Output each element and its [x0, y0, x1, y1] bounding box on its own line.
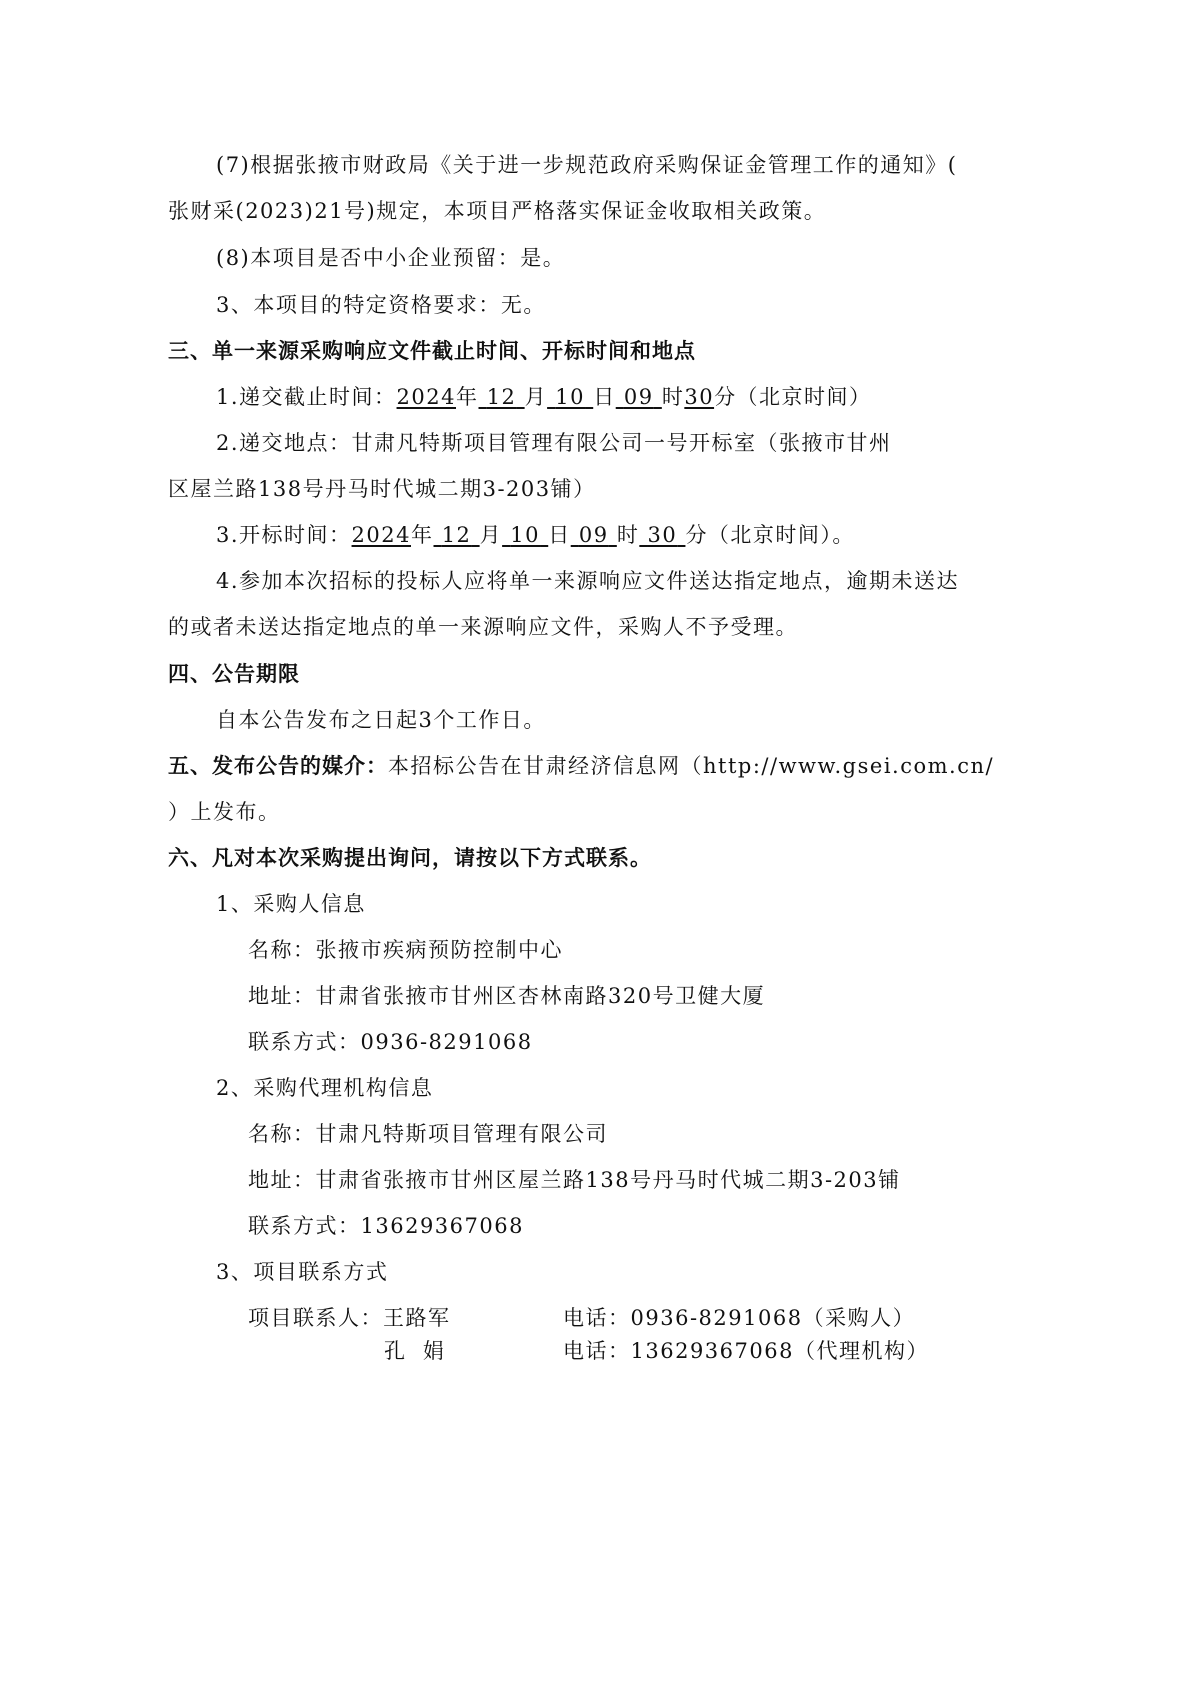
- project-title: 3、项目联系方式: [216, 1257, 388, 1287]
- opening-day: 10: [502, 523, 548, 547]
- purchaser-title: 1、采购人信息: [216, 889, 366, 919]
- purchaser-name: 名称：张掖市疾病预防控制中心: [248, 935, 563, 965]
- opening-hour: 09: [571, 523, 617, 547]
- purchaser-address: 地址：甘肃省张掖市甘州区杏林南路320号卫健大厦: [248, 981, 765, 1011]
- deadline-minute: 30: [684, 385, 714, 409]
- section5-text: 本招标公告在甘肃经济信息网（http://www.gsei.com.cn/: [388, 754, 994, 778]
- project-contact1-phone: 电话：0936-8291068（采购人）: [563, 1303, 915, 1333]
- project-contact1-label: 项目联系人：王路军: [248, 1303, 451, 1333]
- agency-address: 地址：甘肃省张掖市甘州区屋兰路138号丹马时代城二期3-203铺: [248, 1165, 901, 1195]
- note-line1: 4.参加本次招标的投标人应将单一来源响应文件送达指定地点，逾期未送达: [216, 566, 959, 596]
- deadline-line: 1.递交截止时间：2024年 12 月 10 日 09 时30分（北京时间）: [216, 382, 872, 412]
- deadline-prefix: 1.递交截止时间：: [216, 385, 397, 409]
- agency-name: 名称：甘肃凡特斯项目管理有限公司: [248, 1119, 608, 1149]
- section5-heading: 五、发布公告的媒介：: [168, 754, 388, 778]
- section5-text-line2: ）上发布。: [168, 797, 281, 827]
- year-unit: 年: [456, 385, 479, 409]
- day-unit: 日: [593, 385, 616, 409]
- minute-unit: 分（北京时间）。: [685, 523, 855, 547]
- project-contact2-phone: 电话：13629367068（代理机构）: [563, 1336, 929, 1366]
- section6-heading: 六、凡对本次采购提出询问，请按以下方式联系。: [168, 843, 652, 873]
- month-unit: 月: [480, 523, 503, 547]
- purchaser-contact: 联系方式：0936-8291068: [248, 1027, 533, 1057]
- agency-contact: 联系方式：13629367068: [248, 1211, 524, 1241]
- para7-line2: 张财采(2023)21号)规定，本项目严格落实保证金收取相关政策。: [168, 196, 826, 226]
- minute-unit: 分（北京时间）: [714, 385, 872, 409]
- project-contact2-label: 孔 娟: [384, 1336, 445, 1366]
- location-line2: 区屋兰路138号丹马时代城二期3-203铺）: [168, 474, 596, 504]
- deadline-hour: 09: [616, 385, 662, 409]
- location-line1: 2.递交地点：甘肃凡特斯项目管理有限公司一号开标室（张掖市甘州: [216, 428, 892, 458]
- hour-unit: 时: [617, 523, 640, 547]
- opening-year: 2024: [352, 523, 411, 547]
- hour-unit: 时: [662, 385, 685, 409]
- deadline-day: 10: [547, 385, 593, 409]
- para8: (8)本项目是否中小企业预留：是。: [216, 243, 565, 273]
- section5-line: 五、发布公告的媒介：本招标公告在甘肃经济信息网（http://www.gsei.…: [168, 751, 994, 781]
- opening-minute: 30: [639, 523, 685, 547]
- deadline-year: 2024: [397, 385, 456, 409]
- agency-title: 2、采购代理机构信息: [216, 1073, 433, 1103]
- deadline-month: 12: [479, 385, 525, 409]
- item3: 3、本项目的特定资格要求：无。: [216, 290, 546, 320]
- day-unit: 日: [548, 523, 571, 547]
- year-unit: 年: [411, 523, 434, 547]
- opening-line: 3.开标时间：2024年 12 月 10 日 09 时 30 分（北京时间）。: [216, 520, 855, 550]
- section3-heading: 三、单一来源采购响应文件截止时间、开标时间和地点: [168, 336, 696, 366]
- section4-text: 自本公告发布之日起3个工作日。: [216, 705, 546, 735]
- month-unit: 月: [525, 385, 548, 409]
- opening-prefix: 3.开标时间：: [216, 523, 352, 547]
- para7-line1: (7)根据张掖市财政局《关于进一步规范政府采购保证金管理工作的通知》(: [216, 150, 957, 180]
- section4-heading: 四、公告期限: [168, 659, 300, 689]
- note-line2: 的或者未送达指定地点的单一来源响应文件，采购人不予受理。: [168, 612, 798, 642]
- opening-month: 12: [434, 523, 480, 547]
